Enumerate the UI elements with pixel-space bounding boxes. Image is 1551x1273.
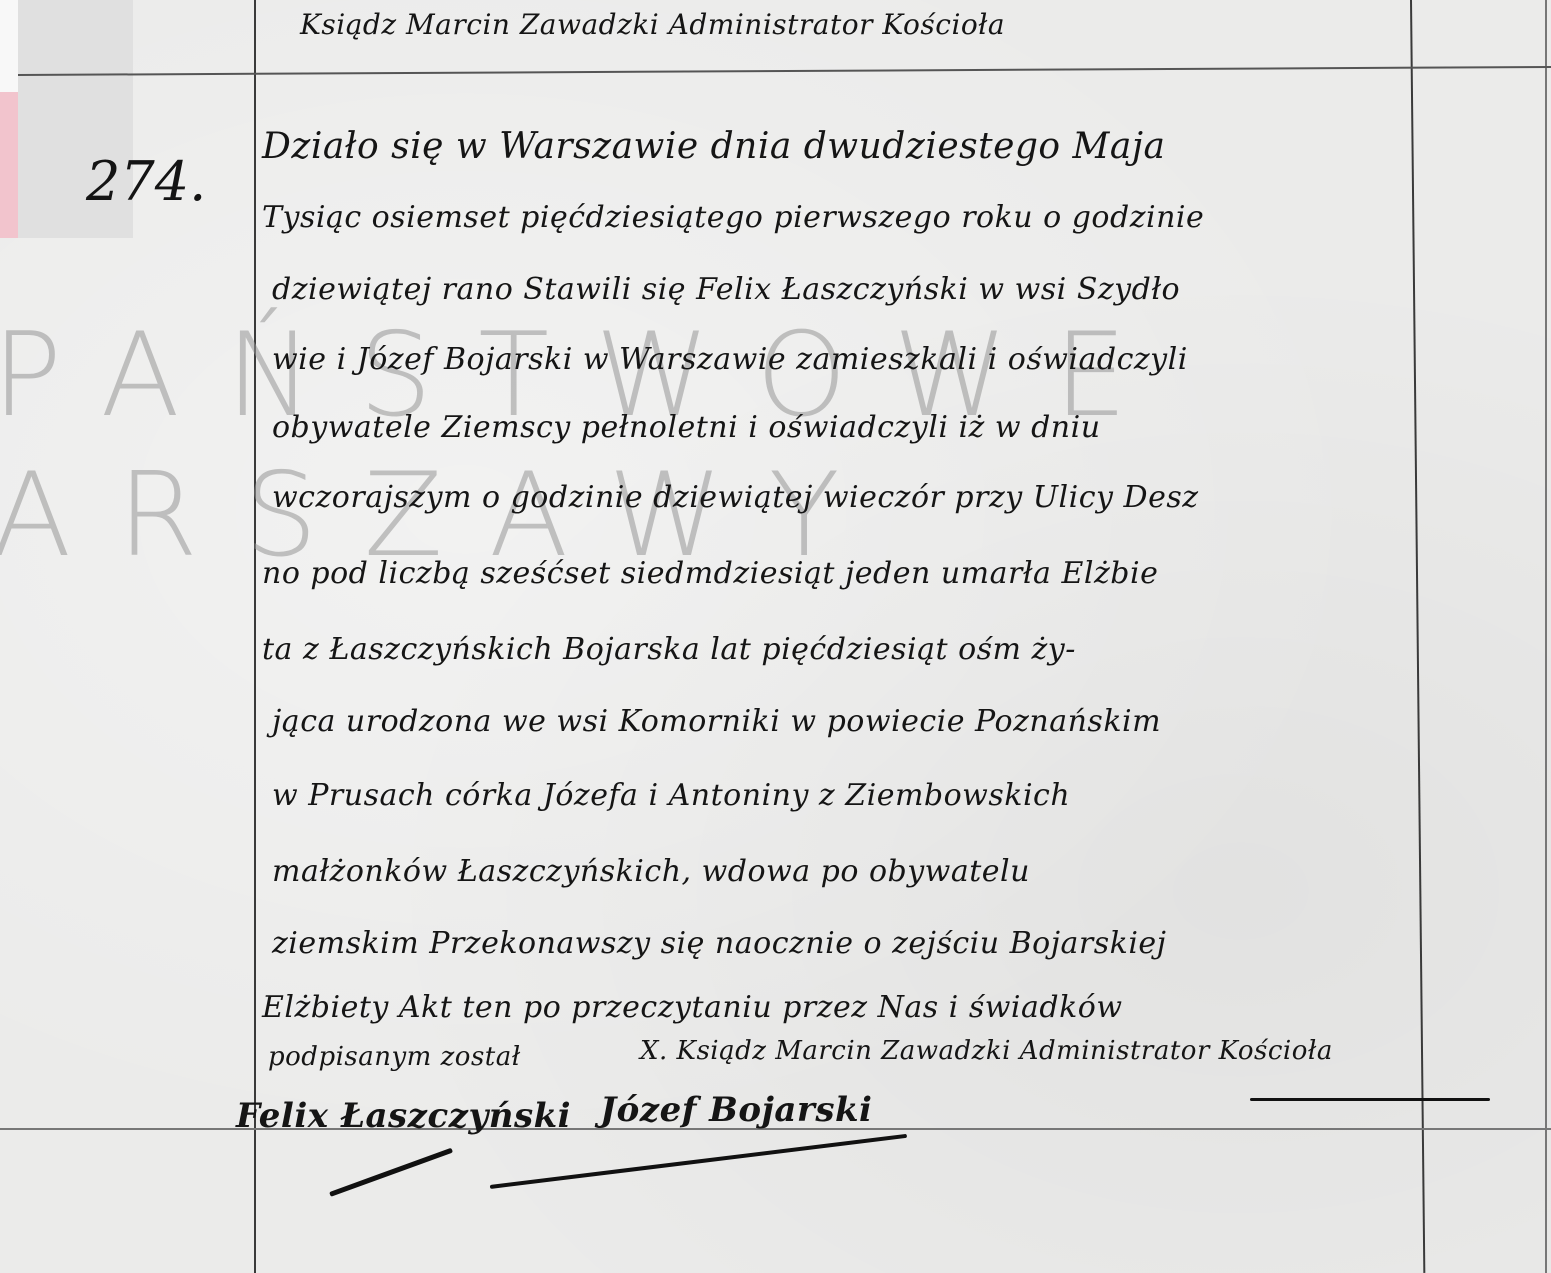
officiant-signature: X. Ksiądz Marcin Zawadzki Administrator … [640,1036,1333,1066]
archive-logo-white-block [0,0,18,92]
previous-entry-signature: Ksiądz Marcin Zawadzki Administrator Koś… [300,8,1005,41]
signature-flourish-felix [329,1148,453,1197]
record-line: Działo się w Warszawie dnia dwudziestego… [262,126,1166,167]
entry-top-rule [18,66,1551,76]
record-line: wie i Józef Bojarski w Warszawie zamiesz… [272,342,1188,377]
left-margin-rule [254,0,256,1273]
officiant-flourish [1250,1098,1490,1101]
witness-signature-jozef: Józef Bojarski [600,1090,872,1130]
record-line: małżonków Łaszczyńskich, wdowa po obywat… [272,854,1030,889]
scanned-page: PAŃSTWOWE ARSZAWY Ksiądz Marcin Zawadzki… [0,0,1551,1273]
record-line: podpisanym został [268,1042,521,1072]
record-line: no pod liczbą sześćset siedmdziesiąt jed… [262,556,1158,591]
record-line: obywatele Ziemscy pełnoletni i oświadczy… [272,410,1101,445]
record-line: dziewiątej rano Stawili się Felix Łaszcz… [272,272,1180,307]
record-line: wczorajszym o godzinie dziewiątej wieczó… [272,480,1199,515]
right-margin-rule [1410,0,1425,1273]
record-line: ta z Łaszczyńskich Bojarska lat pięćdzie… [262,632,1076,667]
record-line: Tysiąc osiemset pięćdziesiątego pierwsze… [262,200,1204,235]
entry-number: 274. [86,150,206,213]
signature-flourish-jozef [490,1134,907,1189]
record-line: jąca urodzona we wsi Komorniki w powieci… [272,704,1161,739]
witness-signature-felix: Felix Łaszczyński [236,1096,571,1136]
record-line: Elżbiety Akt ten po przeczytaniu przez N… [262,990,1123,1025]
record-line: w Prusach córka Józefa i Antoniny z Ziem… [272,778,1070,813]
archive-logo-pink-block [0,92,18,238]
page-edge-rule [1545,0,1547,1273]
record-line: ziemskim Przekonawszy się naocznie o zej… [272,926,1166,961]
